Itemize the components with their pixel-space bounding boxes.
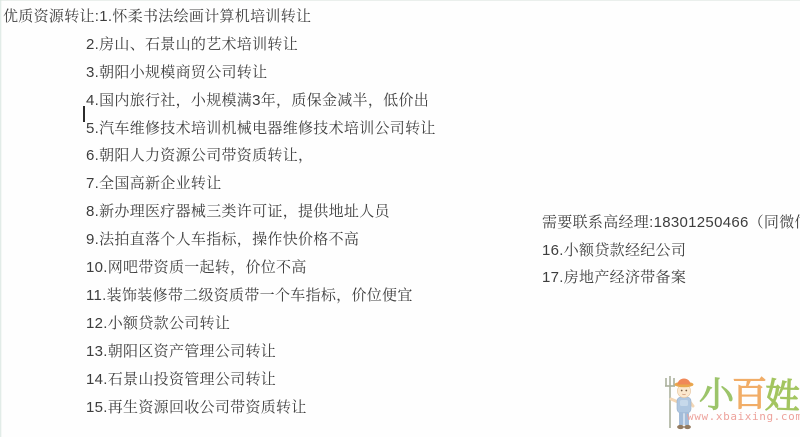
list-item-11[interactable]: 11.装饰装修带二级资质带一个车指标，价位便宜	[86, 288, 413, 304]
list-item-4[interactable]: 4.国内旅行社，小规模满3年，质保金减半，低价出	[86, 93, 429, 109]
site-watermark: 小百姓 www.xbaixing.com	[658, 366, 800, 434]
list-item-10[interactable]: 10.网吧带资质一起转，价位不高	[86, 260, 307, 276]
list-item-7[interactable]: 7.全国高新企业转让	[86, 176, 222, 192]
text-caret	[83, 106, 85, 122]
contact-line[interactable]: 需要联系高经理:18301250466（同微信）	[542, 215, 800, 231]
list-item-14[interactable]: 14.石景山投资管理公司转让	[86, 372, 276, 388]
list-item-12[interactable]: 12.小额贷款公司转让	[86, 316, 230, 332]
list-item-17[interactable]: 17.房地产经济带备案	[542, 270, 686, 286]
watermark-url: www.xbaixing.com	[687, 410, 800, 423]
list-item-13[interactable]: 13.朝阳区资产管理公司转让	[86, 344, 276, 360]
list-item-1[interactable]: 优质资源转让:1.怀柔书法绘画计算机培训转让	[3, 9, 311, 25]
list-item-5[interactable]: 5.汽车维修技术培训机械电器维修技术培训公司转让	[86, 121, 436, 137]
list-item-16[interactable]: 16.小额贷款经纪公司	[542, 243, 686, 259]
list-item-8[interactable]: 8.新办理医疗器械三类许可证，提供地址人员	[86, 204, 390, 220]
list-item-1-text: 1.怀柔书法绘画计算机培训转让	[99, 8, 311, 25]
list-item-6[interactable]: 6.朝阳人力资源公司带资质转让，	[86, 148, 313, 164]
list-item-3[interactable]: 3.朝阳小规模商贸公司转让	[86, 65, 267, 81]
list-item-9[interactable]: 9.法拍直落个人车指标，操作快价格不高	[86, 232, 359, 248]
farmer-with-pitchfork-icon	[661, 371, 699, 433]
list-item-2[interactable]: 2.房山、石景山的艺术培训转让	[86, 37, 298, 53]
document-canvas: 优质资源转让:1.怀柔书法绘画计算机培训转让 2.房山、石景山的艺术培训转让 3…	[0, 0, 800, 437]
list-item-15[interactable]: 15.再生资源回收公司带资质转让	[86, 400, 307, 416]
list-prefix-label: 优质资源转让:	[3, 8, 99, 25]
